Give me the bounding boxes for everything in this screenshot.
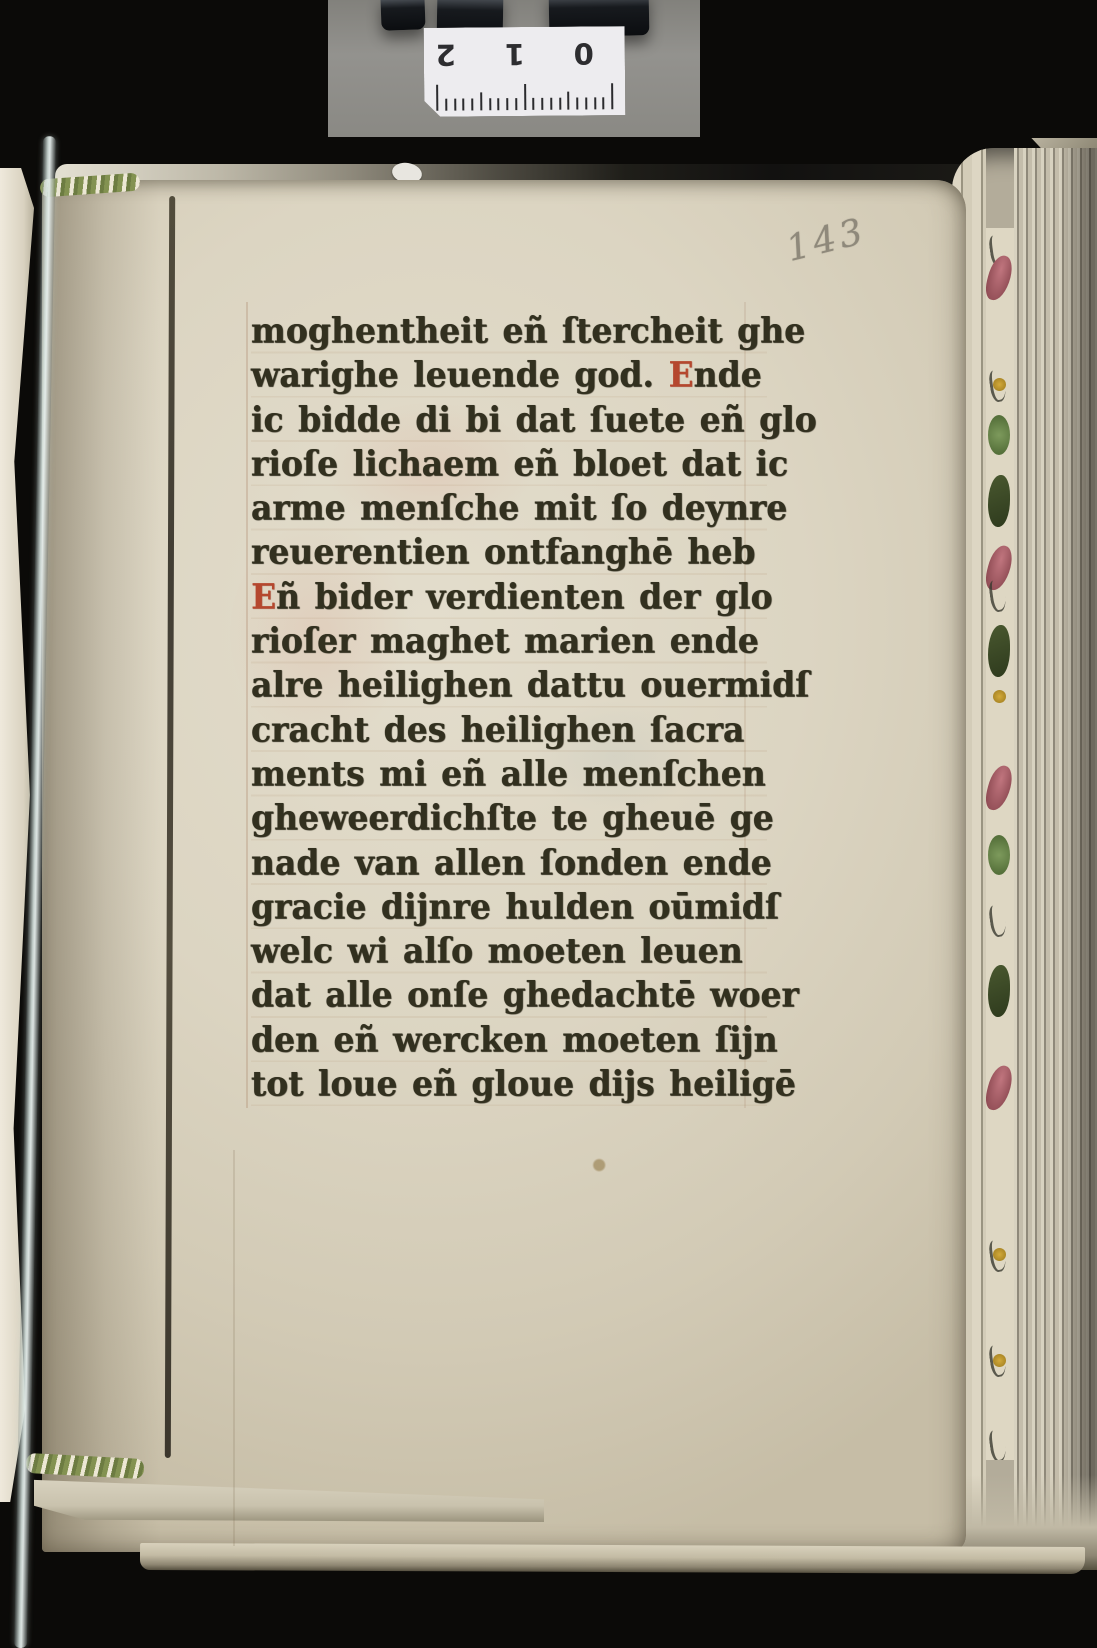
manuscript-line: ic bidde di bi dat ſuete eñ glo xyxy=(251,397,767,443)
ruler-tick xyxy=(611,83,613,109)
floral-motif-squiggle xyxy=(988,904,1007,938)
floral-motif-leaf-dark xyxy=(988,475,1010,527)
ruler-tick xyxy=(480,92,482,110)
floral-motif-leaf-dark xyxy=(988,625,1010,677)
text-segment: cracht des heilighen ſacra xyxy=(251,709,744,750)
manuscript-line: gheweerdichſte te gheuē ge xyxy=(251,795,767,841)
ruler-tick xyxy=(594,97,596,109)
bottom-edge-band xyxy=(140,1543,1085,1574)
floral-motif-leaf-dark xyxy=(988,965,1010,1017)
ruler-tick xyxy=(541,98,543,110)
text-segment: alre heilighen dattu ouermidſ xyxy=(251,665,809,706)
manuscript-line: reuerentien ontfanghē heb xyxy=(251,530,767,576)
manuscript-line: rioſer maghet marien ende xyxy=(251,618,767,664)
manuscript-line: Eñ bider verdienten der glo xyxy=(251,574,767,620)
floral-motif-leaf xyxy=(988,835,1010,875)
text-segment: nade van allen ſonden ende xyxy=(251,842,772,883)
text-block: moghentheit eñ ſtercheit ghewarighe leue… xyxy=(251,309,767,1106)
margin-rule-left xyxy=(246,302,248,1108)
ruler-tick xyxy=(462,99,464,111)
fore-edge-leaf-lines xyxy=(1014,148,1097,1570)
floral-motif-squiggle xyxy=(988,1429,1007,1460)
floral-motif-dot xyxy=(993,690,1006,703)
ruler-tick xyxy=(436,85,438,111)
manuscript-line: warighe leuende god. Ende xyxy=(251,352,767,398)
ruler-tick xyxy=(506,98,508,110)
text-segment: ments mi eñ alle menſchen xyxy=(251,753,766,794)
ruler-tick xyxy=(497,98,499,110)
ruler-tick xyxy=(489,98,491,110)
text-segment: rioſe lichaem eñ bloet dat ic xyxy=(251,443,788,484)
floral-motif-dot xyxy=(993,1248,1006,1261)
ruler-tick xyxy=(471,98,473,110)
manuscript-line: gracie dijnre hulden oūmidſ xyxy=(251,884,767,930)
ruler-tick xyxy=(585,97,587,109)
ruler-tick xyxy=(524,84,526,110)
text-segment: arme menſche mit ſo deynre xyxy=(251,487,787,528)
text-segment: gheweerdichſte te gheuē ge xyxy=(251,797,774,838)
text-segment: welc wi alſo moeten leuen xyxy=(251,930,743,971)
ruler-tick xyxy=(559,98,561,110)
rubric-initial: E xyxy=(668,354,693,395)
ruler: 2 1 0 xyxy=(424,26,626,117)
ruler-tick xyxy=(602,97,604,109)
manuscript-line: nade van allen ſonden ende xyxy=(251,840,767,886)
floral-motif-dot xyxy=(993,378,1006,391)
manuscript-line: moghentheit eñ ſtercheit ghe xyxy=(251,308,767,354)
manuscript-line: rioſe lichaem eñ bloet dat ic xyxy=(251,441,767,487)
manuscript-line: cracht des heilighen ſacra xyxy=(251,707,767,753)
ruler-tick xyxy=(576,98,578,110)
floral-motif-squiggle xyxy=(988,579,1007,613)
gutter-shadow xyxy=(42,180,182,1552)
page-crease xyxy=(233,1150,235,1546)
floral-strip xyxy=(986,228,1014,1460)
floral-motif-dot xyxy=(993,1354,1006,1367)
rubric-initial: E xyxy=(251,576,276,617)
manuscript-line: dat alle onſe ghedachtē woer xyxy=(251,973,767,1019)
text-segment: reuerentien ontfanghē heb xyxy=(251,532,755,573)
floral-motif-petal xyxy=(986,253,1014,303)
floral-motif-leaf xyxy=(988,415,1010,455)
binder-clip xyxy=(380,0,425,31)
ruler-tick xyxy=(550,98,552,110)
text-segment: dat alle onſe ghedachtē woer xyxy=(251,975,799,1016)
floral-motif-petal xyxy=(986,1063,1014,1113)
text-segment: rioſer maghet marien ende xyxy=(251,620,759,661)
manuscript-line: den eñ wercken moeten ſijn xyxy=(251,1017,767,1063)
manuscript-line: tot loue eñ gloue dijs heiligē xyxy=(251,1061,767,1107)
ruler-ticks xyxy=(436,82,613,111)
floral-motif-petal xyxy=(986,763,1014,813)
text-segment: moghentheit eñ ſtercheit ghe xyxy=(251,310,805,351)
manuscript-line: ments mi eñ alle menſchen xyxy=(251,751,767,797)
ruler-tick xyxy=(532,98,534,110)
text-segment: gracie dijnre hulden oūmidſ xyxy=(251,886,779,927)
ruler-tick xyxy=(445,99,447,111)
text-segment: ñ bider verdienten der glo xyxy=(276,576,772,617)
photo-background: 2 1 0 143 moghentheit eñ ſtercheit ghewa… xyxy=(0,0,1097,1648)
fore-edge-stack xyxy=(952,148,1097,1570)
text-segment: nde xyxy=(694,354,762,395)
manuscript-line: alre heilighen dattu ouermidſ xyxy=(251,662,767,708)
ruler-tick xyxy=(515,98,517,110)
ruler-tick xyxy=(567,92,569,110)
text-segment: den eñ wercken moeten ſijn xyxy=(251,1019,778,1060)
text-segment: ic bidde di bi dat ſuete eñ glo xyxy=(251,399,817,440)
manuscript-line: arme menſche mit ſo deynre xyxy=(251,485,767,531)
ruler-tick xyxy=(454,99,456,111)
manuscript-line: welc wi alſo moeten leuen xyxy=(251,928,767,974)
text-segment: tot loue eñ gloue dijs heiligē xyxy=(251,1063,796,1104)
text-segment: warighe leuende god. xyxy=(251,354,668,395)
